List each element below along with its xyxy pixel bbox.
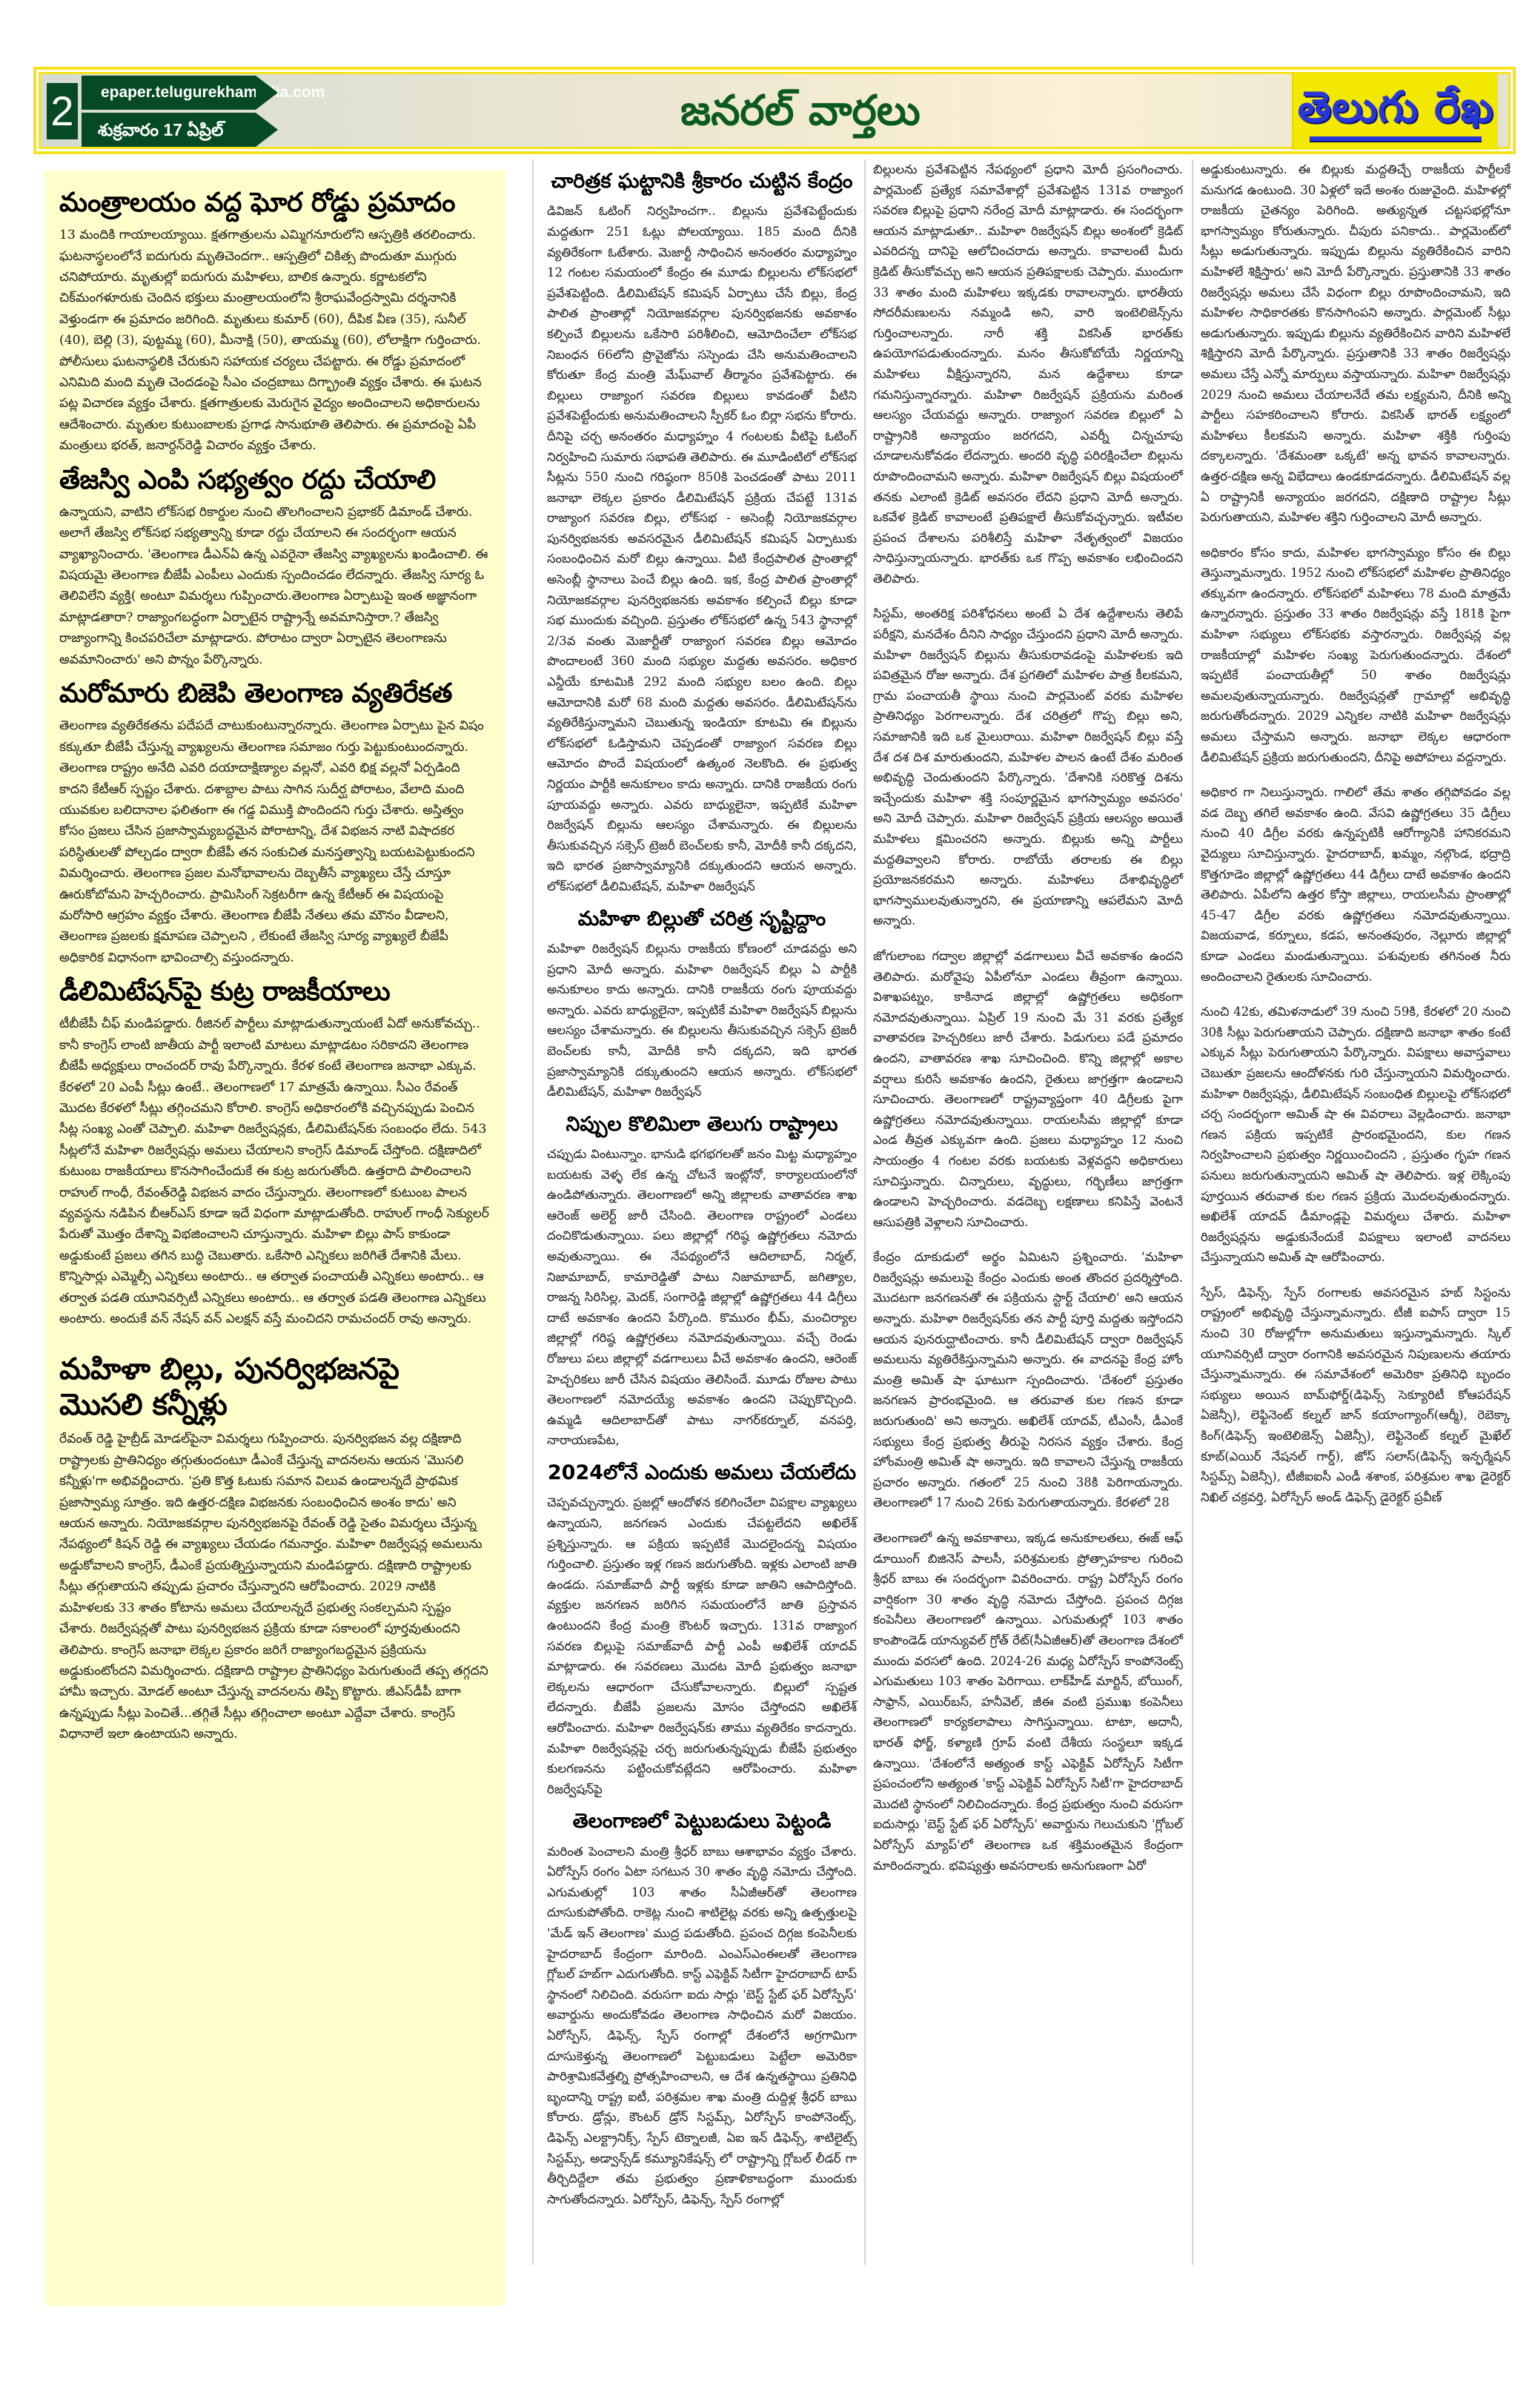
newspaper-logo: తెలుగు రేఖ — [1292, 73, 1498, 150]
column-divider — [1192, 159, 1193, 2265]
article-continuation: జోగులాంబ గద్వాల జిల్లాల్లో వడగాలులు వీచే… — [873, 946, 1183, 1232]
article-body: మరింత పెంచాలని మంత్రి శ్రీధర్ బాబు ఆశాభా… — [547, 1842, 857, 2210]
logo-pen-underline-icon — [1310, 136, 1482, 141]
article-body: చప్పుడు వింటున్నాం. భానుడి భగభగలతో జనం మ… — [547, 1144, 857, 1451]
headline-womens-bill-tears: మహిళా బిల్లు, పునర్విభజనపై మొసలి కన్నీళ్… — [59, 1352, 491, 1423]
logo-text: తెలుగు రేఖ — [1293, 73, 1498, 141]
headline-bjp-telangana: మరోమారు బిజెపి తెలంగాణ వ్యతిరేకత — [59, 678, 491, 709]
news-column-1: మంత్రాలయం వద్ద ఘోర రోడ్డు ప్రమాదం 13 మంద… — [44, 171, 505, 2306]
column-divider — [864, 159, 866, 2265]
masthead: 2 epaper.telugurekhamedia.com శుక్రవారం … — [33, 67, 1516, 154]
article-body: చెప్పవచ్చున్నారు. ప్రజల్లో ఆందోళన కలిగిం… — [547, 1492, 857, 1799]
headline-invest-telangana: తెలంగాణలో పెట్టుబడులు పెట్టండి — [547, 1810, 857, 1833]
section-title: జనరల్ వార్తలు — [41, 74, 1190, 147]
article-body: టీబీజేపీ చీఫ్ మండిపడ్డారు. రీజినల్ పార్ట… — [59, 1013, 491, 1329]
masthead-banner: 2 epaper.telugurekhamedia.com శుక్రవారం … — [39, 72, 1511, 149]
headline-why-not-2024: 2024లోనే ఎందుకు అమలు చేయలేదు — [547, 1461, 857, 1485]
column-divider — [532, 159, 534, 2265]
article-continuation: అధికార గా నిలుస్తున్నారు. గాలిలో తేమ శాత… — [1201, 782, 1511, 987]
headline-historic-moment: చారిత్రక ఘట్టానికి శ్రీకారం చుట్టిన కేంద… — [547, 170, 857, 193]
article-continuation: కేంద్రం దూకుడులో అర్థం ఏమిటని ప్రశ్నించా… — [873, 1247, 1183, 1513]
article-body: రేవంత్ రెడ్డి హైబ్రీడ్ మోడల్‌పైనా విమర్శ… — [59, 1429, 491, 1744]
news-column-3: బిల్లులను ప్రవేశపెట్టిన నేపథ్యంలో ప్రధాన… — [873, 159, 1183, 1876]
headline-tejasvi-mp: తేజస్వి ఎంపి సభ్యత్వం రద్దు చేయాలి — [59, 464, 491, 496]
article-continuation: తెలంగాణలో ఉన్న అవకాశాలు, ఇక్కడ అనుకూలతలు… — [873, 1528, 1183, 1876]
headline-heatwave: నిప్పుల కొలిమిలా తెలుగు రాష్ట్రాలు — [547, 1113, 857, 1137]
news-column-2: చారిత్రక ఘట్టానికి శ్రీకారం చుట్టిన కేంద… — [547, 159, 857, 2209]
article-continuation: స్పేస్, డిఫెన్స్, స్పేస్ రంగాలకు అవసరమైన… — [1201, 1283, 1511, 1508]
article-continuation: నుంచి 42కు, తమిళనాడులో 39 నుంచి 59కి, కే… — [1201, 1002, 1511, 1268]
article-body: ఉన్నాయని, వాటిని లోక్‌సభ రికార్డుల నుంచి… — [59, 502, 491, 670]
article-continuation: సిస్టమ్, అంతరిక్ష పరిశోధనలు అంటే ఏ దేశ ఉ… — [873, 603, 1183, 931]
headline-mantralayam-accident: మంత్రాలయం వద్ద ఘోర రోడ్డు ప్రమాదం — [59, 187, 491, 219]
news-column-4: అడ్డుకుంటున్నారు. ఈ బిల్లుకు మద్దతిచ్చే … — [1201, 159, 1511, 1507]
article-body: మహిళా రిజర్వేషన్ బిల్లును రాజకీయ కోణంలో … — [547, 939, 857, 1102]
article-body: 13 మందికి గాయాలయ్యాయి. క్షతగాత్రులను ఎమ్… — [59, 225, 491, 456]
article-body: డివిజన్ ఓటింగ్ నిర్వహించగా.. బిల్లును ప్… — [547, 201, 857, 896]
headline-womens-bill-history: మహిళా బిల్లుతో చరిత్ర సృష్టిద్దాం — [547, 907, 857, 931]
article-continuation: అధికారం కోసం కాదు, మహిళల భాగస్వామ్యం కోస… — [1201, 543, 1511, 768]
article-continuation: అడ్డుకుంటున్నారు. ఈ బిల్లుకు మద్దతిచ్చే … — [1201, 159, 1511, 528]
headline-delimitation-politics: డీలిమిటేషన్‌పై కుట్ర రాజకీయాలు — [59, 976, 491, 1008]
article-body: తెలంగాణ వ్యతిరేకతను పదేపదే చాటుకుంటున్నా… — [59, 715, 491, 968]
article-continuation: బిల్లులను ప్రవేశపెట్టిన నేపథ్యంలో ప్రధాన… — [873, 159, 1183, 589]
